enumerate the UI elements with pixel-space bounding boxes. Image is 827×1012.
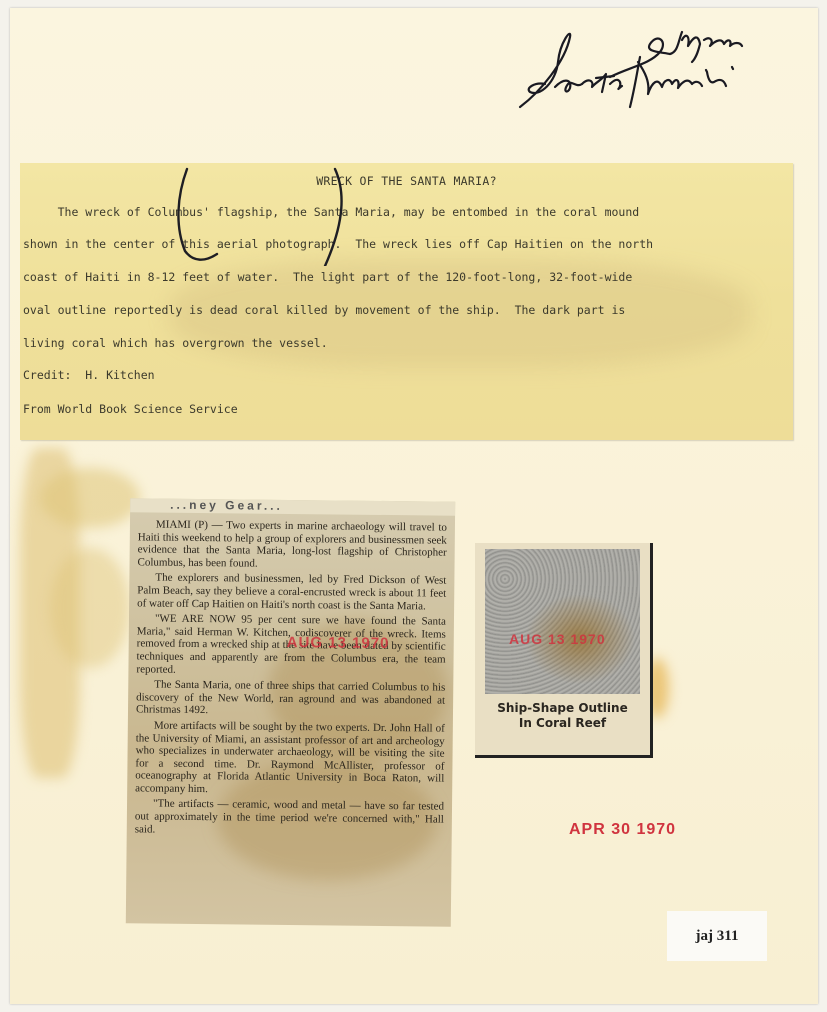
catalog-label: jaj 311 — [667, 911, 767, 961]
clipping-cut-headline: ...ney Gear... — [130, 498, 455, 515]
date-stamp: AUG 13 1970 — [287, 637, 390, 651]
clipping-paragraph: MIAMI (P) — Two experts in marine archae… — [137, 518, 447, 572]
caption-line: coast of Haiti in 8-12 feet of water. Th… — [23, 270, 632, 284]
clipping-paragraph: "The artifacts — ceramic, wood and metal… — [135, 798, 444, 839]
caption-source: From World Book Science Service — [23, 402, 238, 416]
water-stain — [50, 548, 130, 668]
water-stain — [40, 468, 140, 528]
received-date-stamp: APR 30 1970 — [569, 821, 676, 839]
date-stamp: AUG 13 1970 — [509, 631, 606, 647]
caption-line: living coral which has overgrown the ves… — [23, 336, 328, 350]
clipping-paragraph: The Santa Maria, one of three ships that… — [136, 679, 445, 720]
typed-caption-slip: WRECK OF THE SANTA MARIA? The wreck of C… — [20, 163, 793, 440]
caption-credit: Credit: H. Kitchen — [23, 368, 155, 382]
clipping-paragraph: More artifacts will be sought by the two… — [135, 719, 445, 798]
aerial-coral-photo — [485, 549, 640, 694]
catalog-number: jaj 311 — [696, 928, 739, 945]
caption-line: oval outline reportedly is dead coral ki… — [23, 303, 625, 317]
newspaper-clipping: ...ney Gear... MIAMI (P) — Two experts i… — [126, 498, 455, 926]
photo-caption-line-2: In Coral Reef — [475, 716, 650, 731]
handwritten-note: Ships Santa Maria — [510, 22, 780, 122]
pen-bracket-mark — [175, 166, 375, 266]
caption-title: WRECK OF THE SANTA MARIA? — [20, 174, 793, 188]
photo-caption-line-1: Ship-Shape Outline — [475, 701, 650, 716]
photo-clipping: AUG 13 1970 Ship-Shape Outline In Coral … — [475, 543, 653, 758]
photo-caption: Ship-Shape Outline In Coral Reef — [475, 701, 650, 731]
clipping-paragraph: The explorers and businessmen, led by Fr… — [137, 572, 446, 613]
